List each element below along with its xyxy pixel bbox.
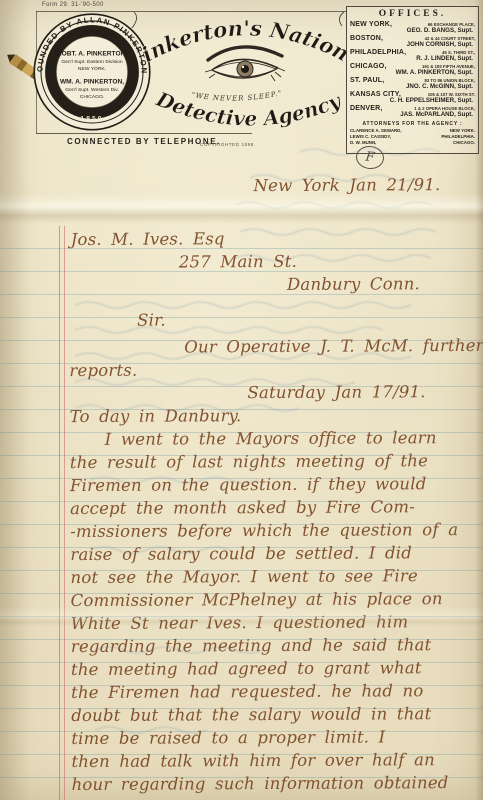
letter-line: reports.: [69, 357, 475, 382]
letter-line: accept the month asked by Fire Com-: [70, 495, 476, 520]
letter-line: the meeting had agreed to grant what: [71, 656, 477, 681]
letter-body: New York Jan 21/91.Jos. M. Ives. Esq257 …: [68, 173, 477, 796]
office-entry: PHILADELPHIA,45 S. THIRD ST.,R. J. LINDE…: [350, 49, 475, 62]
letter-line: Firemen on the question. if they would: [70, 472, 476, 497]
officer-name: ROBT. A. PINKERTON,: [57, 50, 128, 57]
officer-title: Gen'l Supt. Western Div.: [65, 87, 118, 93]
office-entry: CHICAGO,191 & 193 FIFTH AVENUE,WM. A. PI…: [350, 63, 475, 76]
letter-line: To day in Danbury.: [70, 403, 476, 428]
office-entry: NEW YORK,66 EXCHANGE PLACE,GEO. D. BANGS…: [350, 21, 475, 34]
letterhead: Form 29. 31-'90-500 FOUNDED BY ALLAN PIN…: [0, 0, 483, 160]
officer-city: NEW YORK.: [78, 66, 106, 72]
seal-year: 1850: [80, 115, 103, 122]
letter-line: hour regarding such information obtained: [72, 771, 478, 796]
officer-city: CHICAGO.: [80, 94, 104, 100]
file-mark-letter: F: [365, 150, 376, 166]
letter-line: White St near Ives. I questioned him: [71, 610, 477, 635]
letter-line: Danbury Conn.: [287, 272, 475, 296]
letter-line: not see the Mayor. I went to see Fire: [70, 564, 476, 589]
letter-line: Saturday Jan 17/91.: [247, 380, 475, 404]
logo-line1: Pinkerton's National: [122, 8, 352, 67]
letter-line: Commissioner McPhelney at his place on: [71, 587, 477, 612]
letter-line: then had talk with him for over half an: [71, 748, 477, 773]
office-entry: DENVER,1 & 2 OPERA HOUSE BLOCK,JAS. McPA…: [350, 105, 475, 118]
office-entry: KANSAS CITY,105 & 107 W. SIXTH ST.C. H. …: [350, 91, 475, 104]
attorneys-list: CLARENCE A. SEWARD,NEW YORK.LEWIS C. CAS…: [350, 128, 475, 146]
letter-line: I went to the Mayors office to learn: [105, 426, 476, 451]
svg-text:"WE NEVER SLEEP.": "WE NEVER SLEEP.": [191, 89, 283, 103]
logo-line2: Detective Agency: [152, 86, 345, 130]
letter-line: the Firemen had requested. he had no: [71, 679, 477, 704]
letter-line: the result of last nights meeting of the: [70, 449, 476, 474]
letter-line: New York Jan 21/91.: [253, 173, 474, 197]
office-entry: ST. PAUL,83 TO 86 UNION BLOCK,JNO. C. Mc…: [350, 77, 475, 90]
letter-line: Sir.: [137, 307, 475, 332]
attorneys-heading: ATTORNEYS FOR THE AGENCY :: [350, 121, 475, 127]
office-entry: BOSTON,42 & 44 COURT STREET,JOHN CORNISH…: [350, 35, 475, 48]
svg-text:Detective Agency: Detective Agency: [152, 86, 345, 130]
officer-name: WM. A. PINKERTON,: [60, 78, 124, 85]
eye-icon: [205, 47, 285, 81]
letter-line: regarding the meeting and he said that: [71, 633, 477, 658]
letter-line: 257 Main St.: [179, 249, 475, 274]
svg-text:Pinkerton's National: Pinkerton's National: [122, 8, 352, 67]
letter-line: time be raised to a proper limit. I: [71, 725, 477, 750]
letter-page: Form 29. 31-'90-500 FOUNDED BY ALLAN PIN…: [0, 0, 483, 800]
logo-motto: "WE NEVER SLEEP.": [191, 89, 283, 103]
letter-line: -missioners before which the question of…: [70, 518, 476, 543]
offices-panel: OFFICES. NEW YORK,66 EXCHANGE PLACE,GEO.…: [346, 6, 479, 154]
offices-heading: OFFICES.: [350, 9, 475, 19]
agency-logo: Pinkerton's National "WE NEVER SLEEP." D…: [122, 8, 352, 143]
letter-line: doubt but that the salary would in that: [71, 702, 477, 727]
letter-line: Our Operative J. T. McM. further: [184, 334, 475, 359]
copyright-note: COPYRIGHTED 1888.: [200, 142, 256, 147]
officer-title: Gen'l Supt. Eastern Division: [61, 59, 123, 65]
offices-list: NEW YORK,66 EXCHANGE PLACE,GEO. D. BANGS…: [350, 21, 475, 118]
letter-line: raise of salary could be settled. I did: [70, 541, 476, 566]
letter-line: Jos. M. Ives. Esq: [71, 226, 475, 251]
